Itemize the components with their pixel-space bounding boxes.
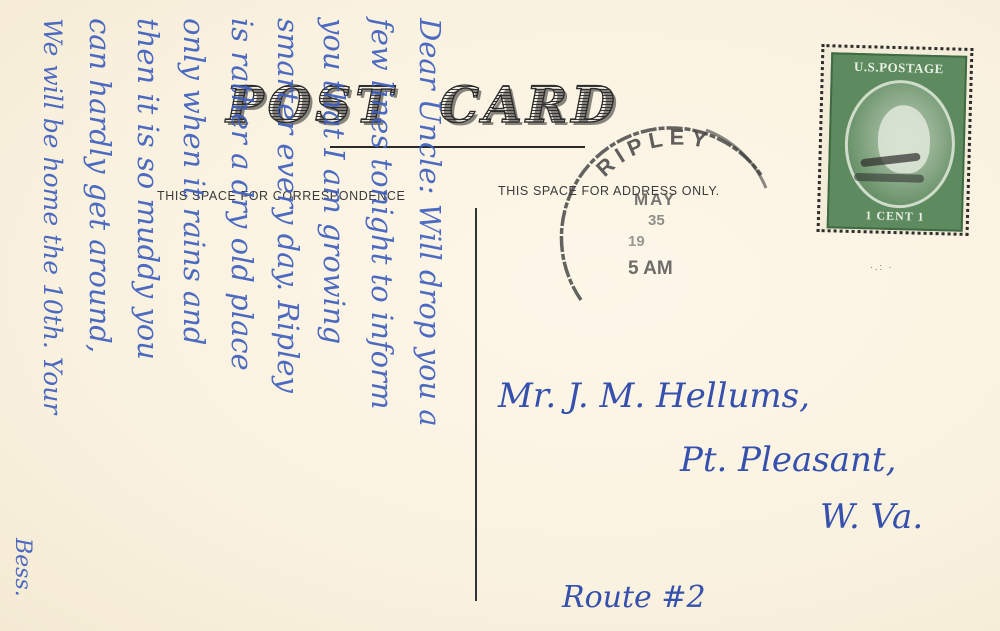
message-line: We will be home the 10th. Your	[32, 18, 72, 623]
postmark-ring-icon: RIPLEY	[556, 120, 816, 360]
message-line: smarter every day. Ripley	[268, 18, 308, 623]
postmark: RIPLEY MAY 35 19 5 AM	[556, 120, 816, 360]
stamp-denomination: 1 CENT 1	[829, 207, 961, 225]
message-line: only when it rains and	[174, 18, 214, 623]
postmark-month: MAY	[634, 190, 676, 210]
handwritten-message: Dear Uncle: Will drop you a few lines to…	[18, 18, 463, 623]
ink-specks: ·.: ·	[870, 262, 894, 272]
address-state: W. Va.	[820, 497, 923, 537]
postage-stamp: U.S.POSTAGE 1 CENT 1	[817, 44, 974, 236]
center-divider	[475, 208, 477, 601]
stamp-top-text: U.S.POSTAGE	[833, 58, 965, 77]
message-line: you that I am growing	[314, 18, 354, 623]
postmark-town: RIPLEY	[591, 125, 715, 182]
message-line: is rather a dry old place	[222, 18, 262, 623]
message-line: then it is so muddy you	[128, 18, 168, 623]
address-route: Route #2	[562, 580, 706, 615]
address-recipient: Mr. J. M. Hellums,	[498, 376, 810, 416]
message-line: Dear Uncle: Will drop you a	[410, 18, 450, 623]
postmark-year: 19	[628, 233, 645, 250]
svg-text:RIPLEY: RIPLEY	[591, 125, 715, 182]
postmark-day: 35	[648, 212, 665, 229]
washington-portrait-icon	[843, 79, 956, 210]
message-line: can hardly get around,	[80, 18, 120, 623]
stamp-design: U.S.POSTAGE 1 CENT 1	[827, 52, 968, 231]
postcard-back: POST CARD THIS SPACE FOR CORRESPONDENCE …	[0, 0, 1000, 631]
message-line: few lines tonight to inform	[362, 18, 402, 623]
message-signature: Bess.	[2, 538, 42, 628]
postmark-time: 5 AM	[628, 258, 673, 280]
address-city: Pt. Pleasant,	[680, 440, 896, 480]
